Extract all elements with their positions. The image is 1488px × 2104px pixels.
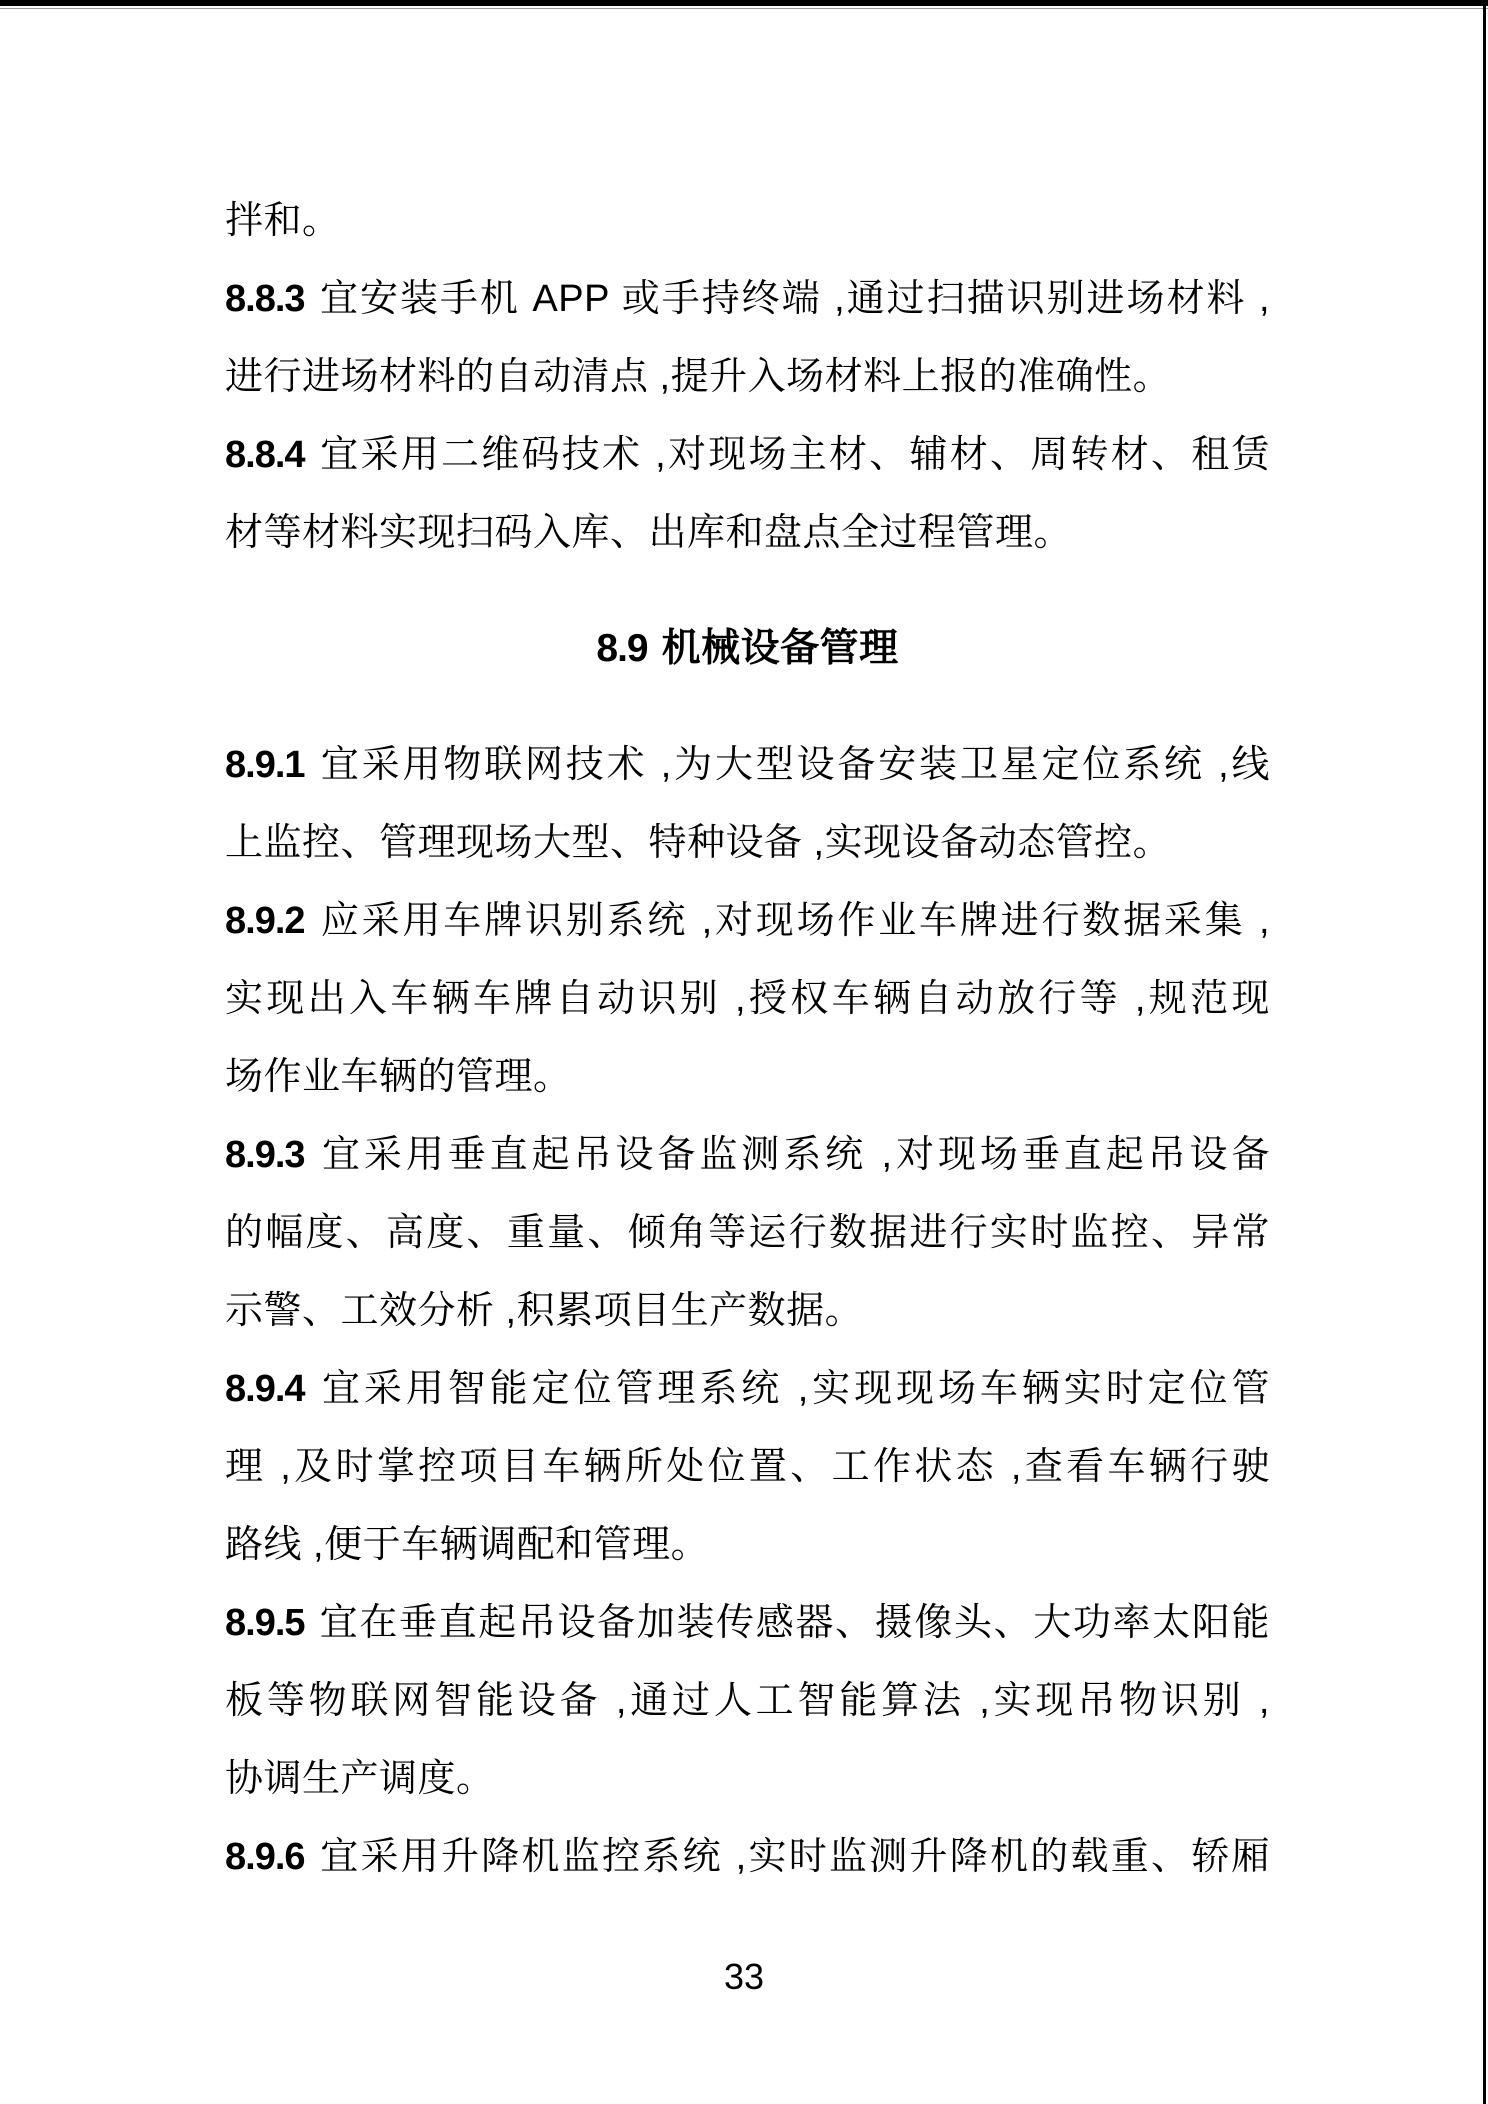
clause-number: 8.9.6 xyxy=(225,1836,305,1878)
right-border xyxy=(1483,0,1486,2104)
line-text: 宜采用智能定位管理系统 ,实现现场车辆实时定位管 xyxy=(319,1368,1270,1410)
line-text: 宜在垂直起吊设备加装传感器、摄像头、大功率太阳能 xyxy=(319,1602,1270,1644)
line-text: 宜采用升降机监控系统 ,实时监测升降机的载重、轿厢 xyxy=(319,1836,1270,1878)
text-line: 材等材料实现扫码入库、出库和盘点全过程管理。 xyxy=(225,494,1270,572)
line-text: 路线 ,便于车辆调配和管理。 xyxy=(225,1524,709,1566)
line-text: 协调生产调度。 xyxy=(225,1758,495,1800)
section-number: 8.9 xyxy=(596,627,647,670)
line-text: 宜采用垂直起吊设备监测系统 ,对现场垂直起吊设备 xyxy=(319,1134,1270,1176)
clause-number: 8.9.3 xyxy=(225,1134,305,1176)
line-text: 示警、工效分析 ,积累项目生产数据。 xyxy=(225,1290,863,1332)
text-line: 路线 ,便于车辆调配和管理。 xyxy=(225,1506,1270,1584)
line-text: 宜安装手机 APP 或手持终端 ,通过扫描识别进场材料 , xyxy=(319,278,1270,320)
clause-number: 8.9.4 xyxy=(225,1368,305,1410)
line-text: 拌和。 xyxy=(225,200,341,242)
line-text: 进行进场材料的自动清点 ,提升入场材料上报的准确性。 xyxy=(225,356,1171,398)
text-line: 的幅度、高度、重量、倾角等运行数据进行实时监控、异常 xyxy=(225,1194,1270,1272)
clause-number: 8.9.5 xyxy=(225,1602,305,1644)
text-line: 8.8.4宜采用二维码技术 ,对现场主材、辅材、周转材、租赁 xyxy=(225,416,1270,494)
section-heading: 8.9机械设备管理 xyxy=(225,610,1270,688)
text-line: 进行进场材料的自动清点 ,提升入场材料上报的准确性。 xyxy=(225,338,1270,416)
text-line: 实现出入车辆车牌自动识别 ,授权车辆自动放行等 ,规范现 xyxy=(225,960,1270,1038)
line-text: 的幅度、高度、重量、倾角等运行数据进行实时监控、异常 xyxy=(225,1212,1270,1254)
clause-number: 8.8.4 xyxy=(225,434,305,476)
text-line: 理 ,及时掌控项目车辆所处位置、工作状态 ,查看车辆行驶 xyxy=(225,1428,1270,1506)
text-line: 8.9.5宜在垂直起吊设备加装传感器、摄像头、大功率太阳能 xyxy=(225,1584,1270,1662)
line-text: 实现出入车辆车牌自动识别 ,授权车辆自动放行等 ,规范现 xyxy=(225,978,1270,1020)
text-line: 8.9.3宜采用垂直起吊设备监测系统 ,对现场垂直起吊设备 xyxy=(225,1116,1270,1194)
line-text: 宜采用物联网技术 ,为大型设备安装卫星定位系统 ,线 xyxy=(319,744,1270,786)
line-text: 理 ,及时掌控项目车辆所处位置、工作状态 ,查看车辆行驶 xyxy=(225,1446,1270,1488)
clause-number: 8.9.2 xyxy=(225,900,305,942)
text-line: 板等物联网智能设备 ,通过人工智能算法 ,实现吊物识别 , xyxy=(225,1662,1270,1740)
text-line: 8.9.4宜采用智能定位管理系统 ,实现现场车辆实时定位管 xyxy=(225,1350,1270,1428)
text-line: 场作业车辆的管理。 xyxy=(225,1038,1270,1116)
text-line: 上监控、管理现场大型、特种设备 ,实现设备动态管控。 xyxy=(225,804,1270,882)
text-line: 8.8.3宜安装手机 APP 或手持终端 ,通过扫描识别进场材料 , xyxy=(225,260,1270,338)
text-line: 8.9.2应采用车牌识别系统 ,对现场作业车牌进行数据采集 , xyxy=(225,882,1270,960)
top-border-shadow xyxy=(0,8,1488,9)
page-number: 33 xyxy=(0,1952,1488,2002)
line-text: 场作业车辆的管理。 xyxy=(225,1056,572,1098)
line-text: 板等物联网智能设备 ,通过人工智能算法 ,实现吊物识别 , xyxy=(225,1680,1270,1722)
text-line: 示警、工效分析 ,积累项目生产数据。 xyxy=(225,1272,1270,1350)
clause-number: 8.9.1 xyxy=(225,744,305,786)
clause-number: 8.8.3 xyxy=(225,278,305,320)
text-line: 8.9.6宜采用升降机监控系统 ,实时监测升降机的载重、轿厢 xyxy=(225,1818,1270,1896)
section-title: 机械设备管理 xyxy=(662,627,899,670)
line-text: 宜采用二维码技术 ,对现场主材、辅材、周转材、租赁 xyxy=(319,434,1270,476)
text-line: 协调生产调度。 xyxy=(225,1740,1270,1818)
line-text: 材等材料实现扫码入库、出库和盘点全过程管理。 xyxy=(225,512,1072,554)
line-text: 上监控、管理现场大型、特种设备 ,实现设备动态管控。 xyxy=(225,822,1171,864)
text-line: 拌和。 xyxy=(225,182,1270,260)
document-body: 拌和。 8.8.3宜安装手机 APP 或手持终端 ,通过扫描识别进场材料 , 进… xyxy=(225,182,1270,1896)
line-text: 应采用车牌识别系统 ,对现场作业车牌进行数据采集 , xyxy=(319,900,1270,942)
top-border xyxy=(0,0,1488,6)
text-line: 8.9.1宜采用物联网技术 ,为大型设备安装卫星定位系统 ,线 xyxy=(225,726,1270,804)
